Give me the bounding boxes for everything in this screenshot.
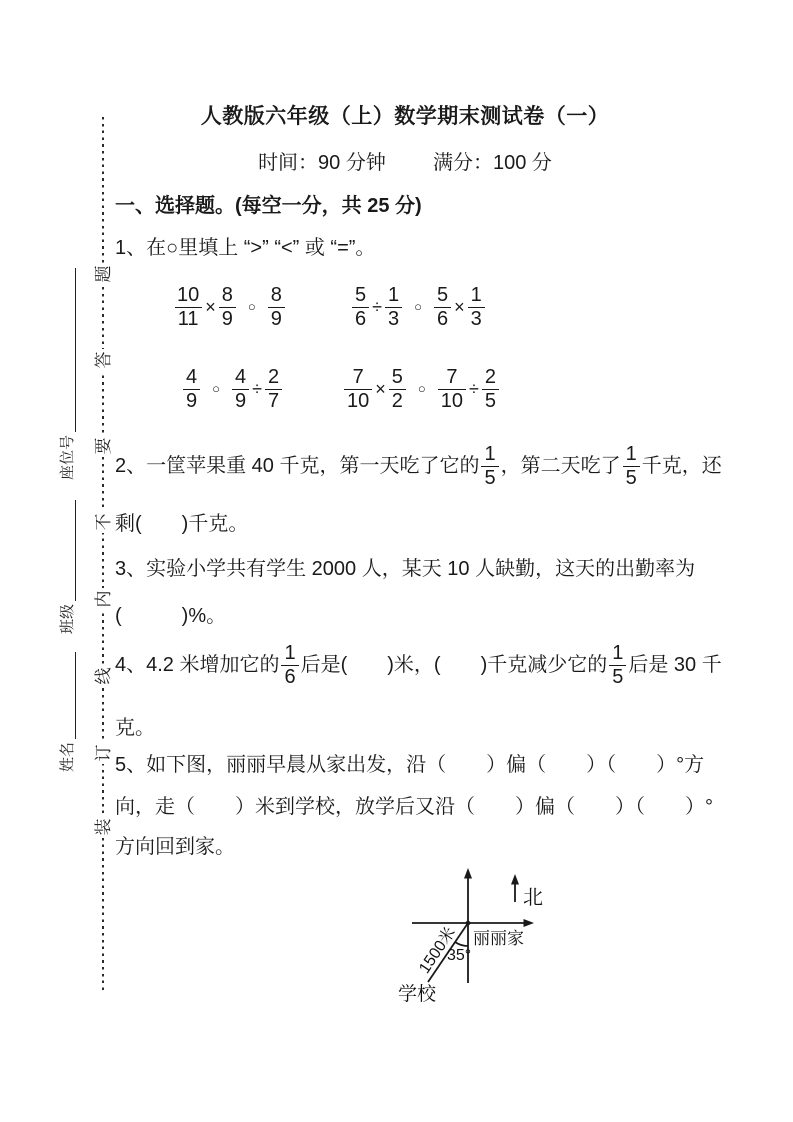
q1-item-c: 49○49÷27 xyxy=(181,361,284,417)
fraction-numerator: 7 xyxy=(350,366,367,389)
home-label: 丽丽家 xyxy=(473,924,524,949)
text-segment: × xyxy=(375,379,386,400)
fraction-denominator: 6 xyxy=(281,665,298,689)
text-segment: 2、一筐苹果重 40 千克，第一天吃了它的 xyxy=(115,455,479,477)
school-label: 学校 xyxy=(398,979,436,1006)
fraction-numerator: 10 xyxy=(174,284,202,307)
name-field: 姓名 xyxy=(57,652,79,772)
fraction: 49 xyxy=(183,366,200,413)
fraction-denominator: 6 xyxy=(352,307,369,331)
fraction-numerator: 2 xyxy=(482,366,499,389)
text-segment: ，第二天吃了 xyxy=(501,455,621,477)
name-label: 姓名 xyxy=(57,742,79,772)
fraction-numerator: 4 xyxy=(232,366,249,389)
fraction: 15 xyxy=(481,443,498,490)
fraction: 15 xyxy=(623,443,640,490)
fraction: 13 xyxy=(385,284,402,331)
text-segment: 向，走（ ）米到学校，放学后又沿（ ）偏（ ）（ ）° xyxy=(115,796,713,818)
text-segment: 5、如下图，丽丽早晨从家出发，沿（ ）偏（ ）（ ）°方 xyxy=(115,754,704,776)
fraction-numerator: 1 xyxy=(468,284,485,307)
name-blank-line xyxy=(57,652,76,739)
fraction-numerator: 5 xyxy=(389,366,406,389)
fraction-denominator: 9 xyxy=(232,389,249,413)
q1-item-a: 1011×89○89 xyxy=(172,279,287,335)
text-segment: 千克，还 xyxy=(642,455,722,477)
seat-number-label: 座位号 xyxy=(57,435,79,480)
text-segment: 4、4.2 米增加它的 xyxy=(115,654,279,676)
fraction-denominator: 3 xyxy=(468,307,485,331)
q1-comparison-row-1: 1011×89○89 56÷13○56×13 xyxy=(115,279,695,335)
angle-label: 35° xyxy=(447,947,471,965)
fraction: 1011 xyxy=(174,284,202,331)
class-blank-line xyxy=(57,500,76,601)
text-segment: 剩( )千克。 xyxy=(115,513,248,535)
fraction: 52 xyxy=(389,366,406,413)
class-field: 班级 xyxy=(57,500,79,634)
fraction: 13 xyxy=(468,284,485,331)
fraction: 16 xyxy=(281,642,298,689)
binding-text-char: 订 xyxy=(93,742,115,764)
text-segment: 方向回到家。 xyxy=(115,836,235,858)
fraction-denominator: 10 xyxy=(438,389,466,413)
fraction: 49 xyxy=(232,366,249,413)
fraction-denominator: 5 xyxy=(481,466,498,490)
fraction-numerator: 2 xyxy=(265,366,282,389)
fraction: 710 xyxy=(344,366,372,413)
fraction-numerator: 5 xyxy=(434,284,451,307)
fraction-denominator: 5 xyxy=(482,389,499,413)
north-arrow-arrowhead-icon xyxy=(511,874,519,885)
text-segment: 3、实验小学共有学生 2000 人，某天 10 人缺勤，这天的出勤率为 xyxy=(115,558,695,580)
fraction-numerator: 1 xyxy=(385,284,402,307)
question-4-line-2: 克。 xyxy=(115,714,695,742)
question-5-line-1: 5、如下图，丽丽早晨从家出发，沿（ ）偏（ ）（ ）°方 xyxy=(115,751,695,779)
fraction-numerator: 4 xyxy=(183,366,200,389)
fraction-denominator: 5 xyxy=(623,466,640,490)
fraction-denominator: 9 xyxy=(268,307,285,331)
section-1-heading: 一、选择题。(每空一分，共 25 分) xyxy=(115,193,695,219)
vertical-axis-arrowhead-icon xyxy=(464,868,472,879)
fraction-denominator: 5 xyxy=(609,665,626,689)
fraction-denominator: 10 xyxy=(344,389,372,413)
fraction-denominator: 3 xyxy=(385,307,402,331)
question-2-line-2: 剩( )千克。 xyxy=(115,510,695,538)
q1-item-b: 56÷13○56×13 xyxy=(350,279,487,335)
text-segment: × xyxy=(454,297,465,318)
fraction-denominator: 11 xyxy=(175,307,202,331)
binding-text-char: 答 xyxy=(93,349,115,371)
text-segment: 后是( )米，( )千克减少它的 xyxy=(301,654,608,676)
binding-text-char: 装 xyxy=(93,816,115,838)
fraction-numerator: 7 xyxy=(443,366,460,389)
fraction-denominator: 9 xyxy=(219,307,236,331)
text-segment: ( )%。 xyxy=(115,605,226,627)
exam-content: 人教版六年级（上）数学期末测试卷（一） 时间：90 分钟 满分：100 分 一、… xyxy=(115,103,695,861)
seat-number-field: 座位号 xyxy=(57,268,79,480)
fraction-numerator: 5 xyxy=(352,284,369,307)
exam-page: 题 答 要 不 内 线 订 装 座位号 班级 姓名 人教版六年级（上）数学期末测… xyxy=(0,0,793,1122)
north-label: 北 xyxy=(523,881,543,910)
time-info: 时间：90 分钟 xyxy=(258,152,386,174)
fraction: 27 xyxy=(265,366,282,413)
fraction-numerator: 1 xyxy=(281,642,298,665)
binding-text-char: 不 xyxy=(93,511,115,533)
fraction-denominator: 6 xyxy=(434,307,451,331)
text-segment: 克。 xyxy=(115,717,155,739)
angle-arc xyxy=(455,942,468,946)
comparison-circle: ○ xyxy=(418,379,426,399)
binding-text-char: 题 xyxy=(93,263,115,285)
binding-text-char: 要 xyxy=(93,435,115,457)
comparison-circle: ○ xyxy=(414,297,422,317)
fraction-numerator: 1 xyxy=(623,443,640,466)
fraction: 89 xyxy=(268,284,285,331)
fraction: 56 xyxy=(434,284,451,331)
question-3-line-1: 3、实验小学共有学生 2000 人，某天 10 人缺勤，这天的出勤率为 xyxy=(115,555,695,583)
horizontal-axis-arrowhead-icon xyxy=(524,919,535,927)
fraction-numerator: 8 xyxy=(268,284,285,307)
binding-text-char: 内 xyxy=(93,588,115,610)
fraction: 56 xyxy=(352,284,369,331)
question-4-line-1: 4、4.2 米增加它的16后是( )米，( )千克减少它的15后是 30 千 xyxy=(115,642,695,689)
q1-comparison-row-2: 49○49÷27 710×52○710÷25 xyxy=(115,361,695,417)
fraction: 25 xyxy=(482,366,499,413)
text-segment: ÷ xyxy=(372,297,382,318)
question-5-line-3: 方向回到家。 xyxy=(115,833,695,861)
question-3-line-2: ( )%。 xyxy=(115,602,695,630)
score-info: 满分：100 分 xyxy=(433,152,552,174)
question-2-line-1: 2、一筐苹果重 40 千克，第一天吃了它的15，第二天吃了15千克，还 xyxy=(115,443,695,490)
binding-dotted-line xyxy=(102,117,104,990)
fraction-numerator: 1 xyxy=(481,443,498,466)
comparison-circle: ○ xyxy=(248,297,256,317)
text-segment: × xyxy=(205,297,216,318)
fraction: 710 xyxy=(438,366,466,413)
direction-diagram: 北 丽丽家 1500米 35° 学校 xyxy=(393,860,593,1012)
exam-title: 人教版六年级（上）数学期末测试卷（一） xyxy=(115,103,695,131)
q1-item-d: 710×52○710÷25 xyxy=(342,361,501,417)
question-5-line-2: 向，走（ ）米到学校，放学后又沿（ ）偏（ ）（ ）° xyxy=(115,793,695,821)
class-label: 班级 xyxy=(57,604,79,634)
fraction-denominator: 9 xyxy=(183,389,200,413)
text-segment: ÷ xyxy=(469,379,479,400)
binding-text-char: 线 xyxy=(93,665,115,687)
fraction-denominator: 2 xyxy=(389,389,406,413)
fraction: 89 xyxy=(219,284,236,331)
fraction: 15 xyxy=(609,642,626,689)
question-1-text: 1、在○里填上 “>” “<” 或 “=”。 xyxy=(115,234,695,262)
fraction-numerator: 1 xyxy=(609,642,626,665)
seat-number-blank-line xyxy=(57,268,76,432)
fraction-numerator: 8 xyxy=(219,284,236,307)
fraction-denominator: 7 xyxy=(265,389,282,413)
text-segment: 后是 30 千 xyxy=(628,654,721,676)
exam-meta: 时间：90 分钟 满分：100 分 xyxy=(115,150,695,177)
comparison-circle: ○ xyxy=(212,379,220,399)
text-segment: ÷ xyxy=(252,379,262,400)
